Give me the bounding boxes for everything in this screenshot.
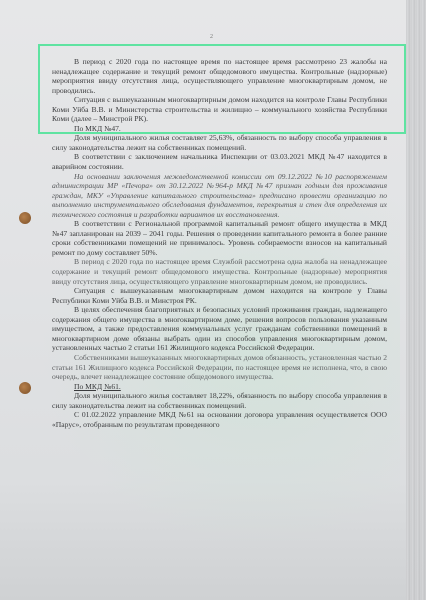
document-page: 2 В период с 2020 года по настоящее врем… [0,0,426,600]
paragraph-control-status: Ситуация с вышеуказанным многоквартирным… [52,95,387,124]
paragraph-emergency-status: В соответствии с заключением начальника … [52,152,387,171]
section-heading-mkd-47: По МКД №47. [52,124,387,134]
paragraph-management-obligation: В целях обеспечения благоприятных и безо… [52,305,387,353]
section-heading-mkd-61: По МКД №61. [52,382,387,392]
paragraph-management-company: С 01.02.2022 управление МКД №61 на основ… [52,410,387,429]
paragraph-capital-repair: В соответствии с Региональной программой… [52,219,387,257]
paragraph-obligation-unfulfilled: Собственниками вышеуказанных многокварти… [52,353,387,382]
paragraph-commission-decision: На основании заключения межведомственной… [52,172,387,220]
page-stack-edge [406,0,426,600]
document-body: В период с 2020 года по настоящее время … [52,57,387,429]
paragraph-control-status-47: Ситуация с вышеуказанным многоквартирным… [52,286,387,305]
paragraph-municipal-share-61: Доля муниципального жилья составляет 18,… [52,391,387,410]
paragraph-municipal-share-47: Доля муниципального жилья составляет 25,… [52,133,387,152]
punch-hole-icon [19,212,31,224]
page-number: 2 [210,34,213,40]
paragraph-complaints-2020: В период с 2020 года по настоящее время … [52,57,387,95]
punch-hole-icon [19,382,31,394]
paragraph-service-complaint: В период с 2020 года по настоящее время … [52,257,387,286]
